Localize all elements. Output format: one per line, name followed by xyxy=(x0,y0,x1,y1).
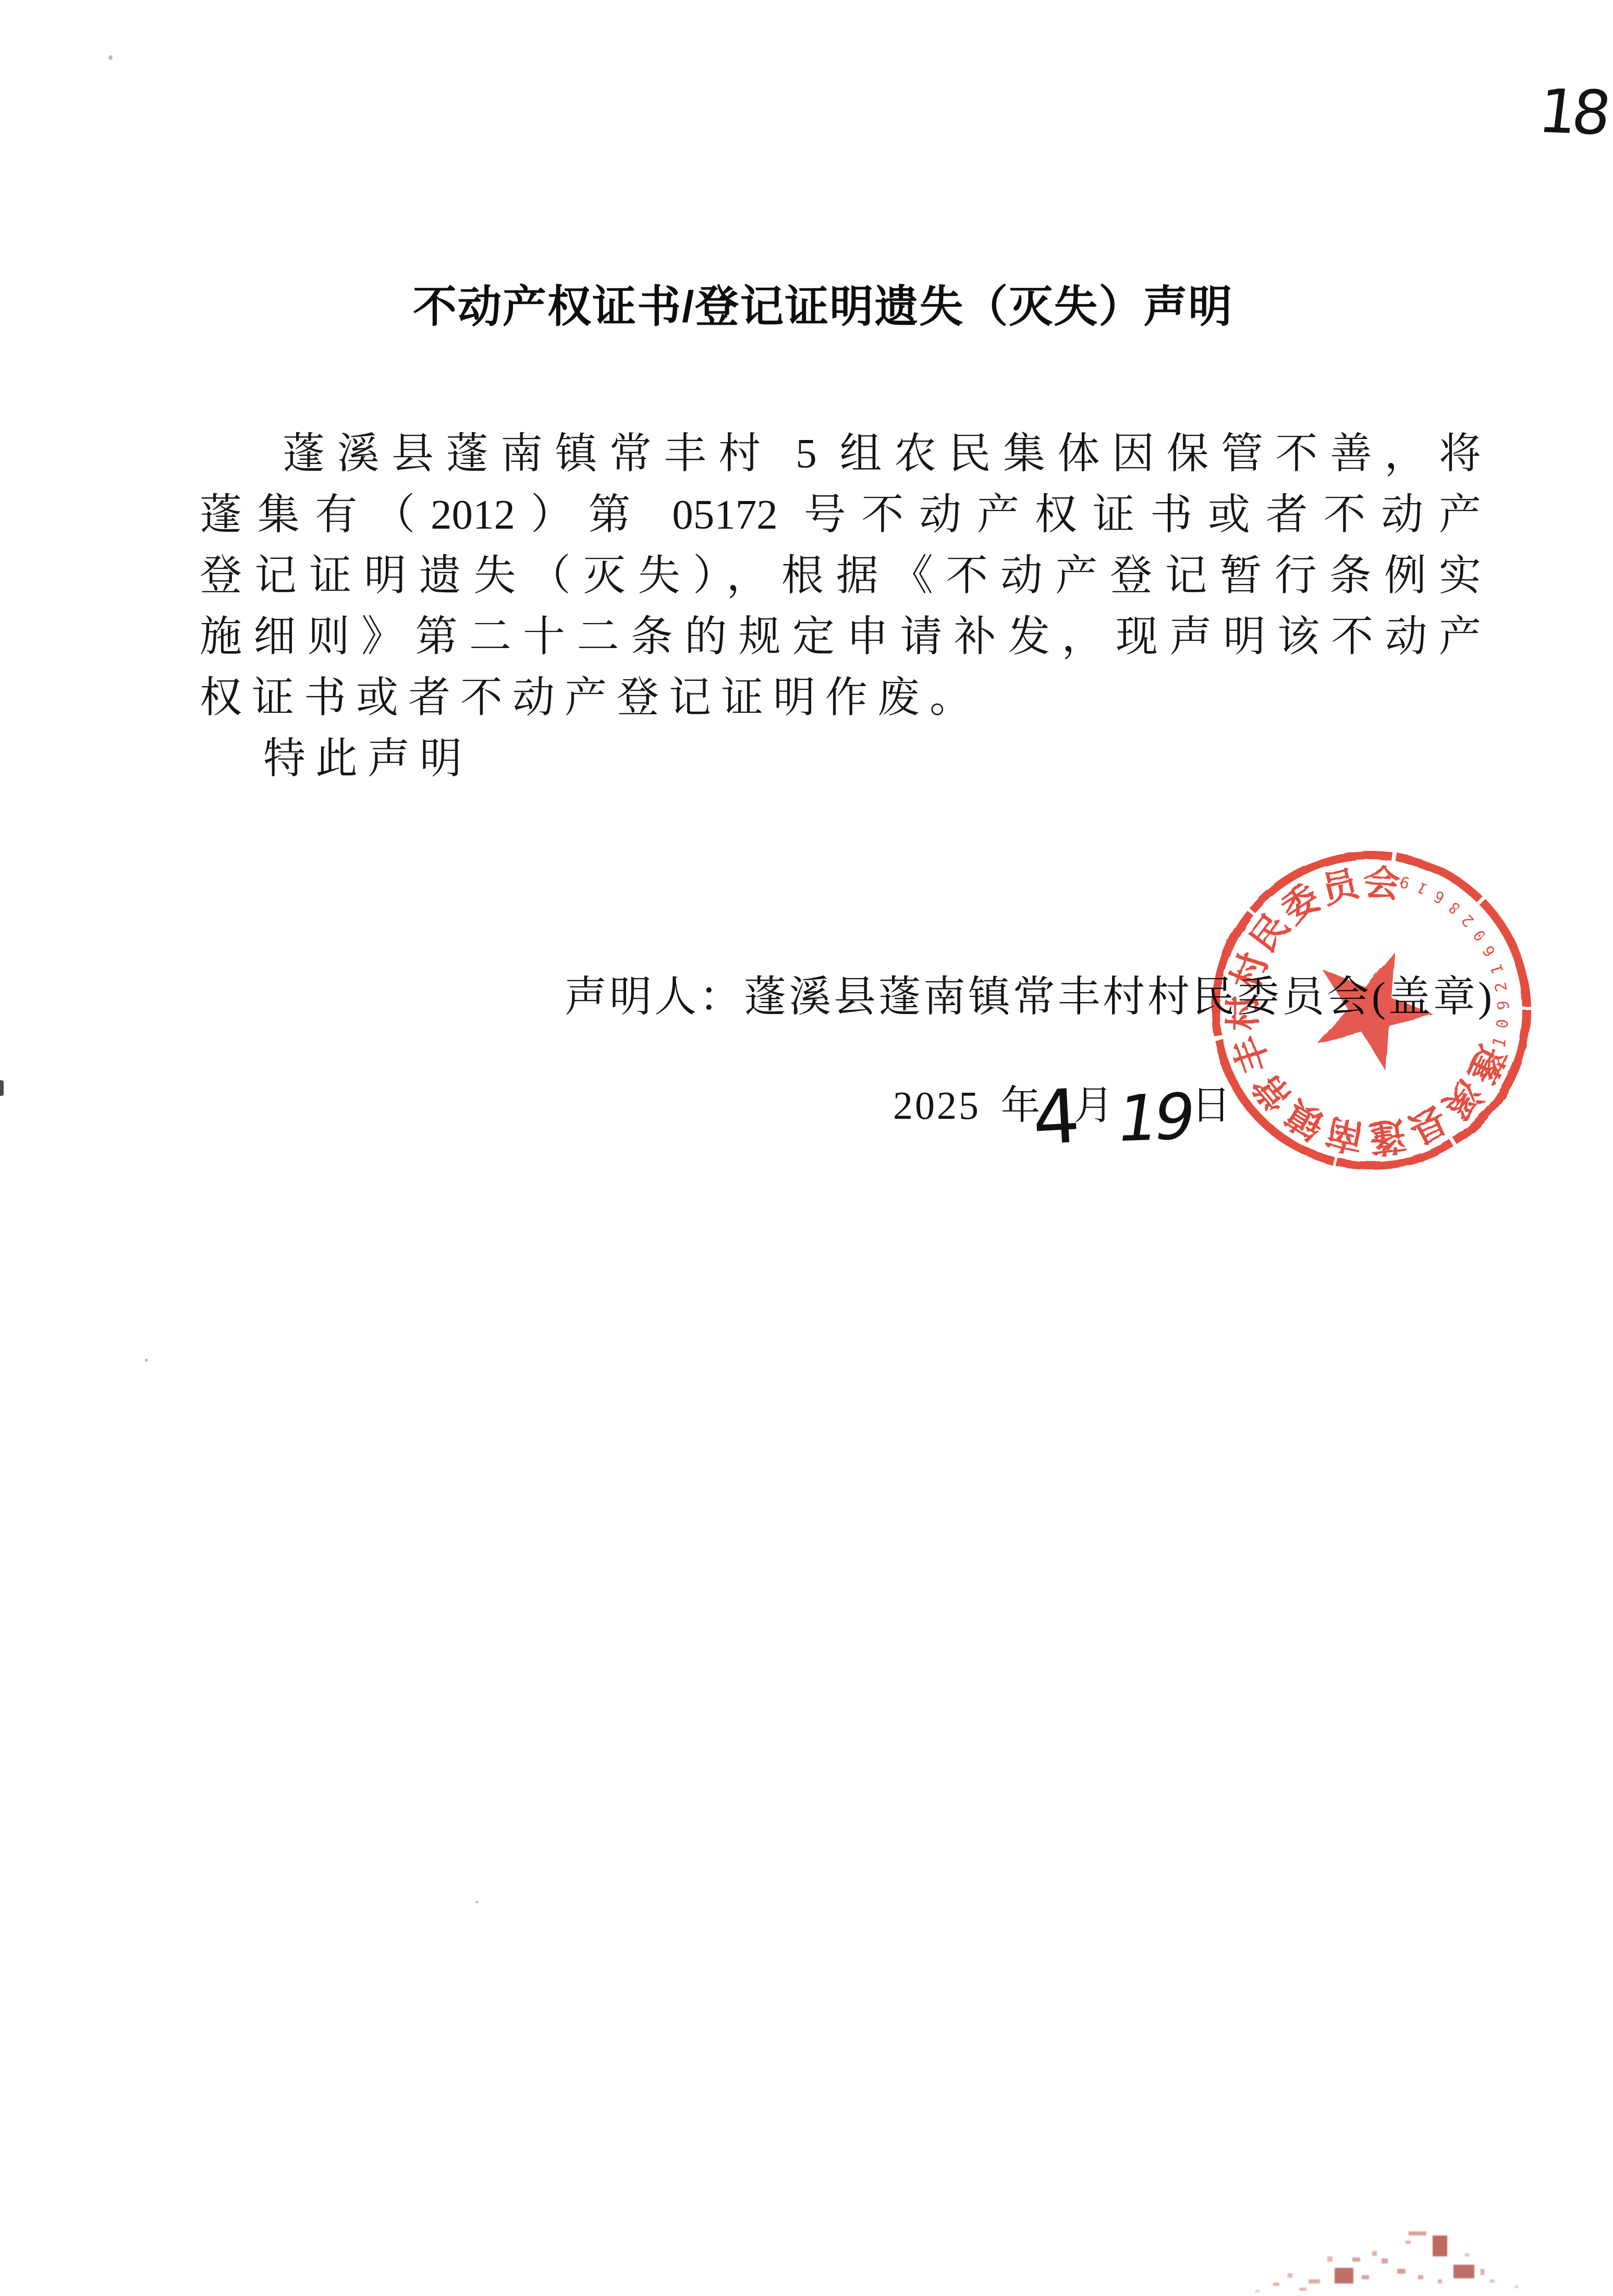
body-line-1: 蓬溪县蓬南镇常丰村 5 组农民集体因保管不善，将 xyxy=(200,423,1481,484)
svg-text:9: 9 xyxy=(1494,1000,1513,1010)
svg-text:员: 员 xyxy=(1317,863,1365,911)
official-seal-stamp: 蓬溪县蓬南镇常丰村村民委员会 5109216028619 xyxy=(1204,844,1538,1177)
handwritten-page-number: 18 xyxy=(1535,81,1609,144)
handwritten-month: 4 xyxy=(1032,1087,1082,1149)
svg-text:村: 村 xyxy=(1224,994,1265,1032)
svg-text:蓬: 蓬 xyxy=(1366,1114,1408,1158)
seal-code-digits: 5109216028619 xyxy=(1399,872,1513,1068)
body-line-3: 登记证明遗失（灭失），根据《不动产登记暂行条例实 xyxy=(200,545,1481,606)
svg-text:8: 8 xyxy=(1446,898,1464,918)
svg-text:2: 2 xyxy=(1492,980,1511,993)
body-line-4: 施细则》第二十二条的规定申请补发，现声明该不动产 xyxy=(200,606,1481,667)
svg-text:1: 1 xyxy=(1487,961,1507,976)
date-line: 2025 年4月19日 xyxy=(893,1082,1233,1147)
svg-text:6: 6 xyxy=(1431,887,1449,907)
svg-text:0: 0 xyxy=(1493,1018,1512,1030)
scan-speck xyxy=(108,55,113,60)
svg-text:2: 2 xyxy=(1459,911,1478,930)
svg-text:会: 会 xyxy=(1362,862,1402,906)
scan-speck xyxy=(145,1359,148,1362)
scanned-document-page: { "page": { "handwritten_number": "18" }… xyxy=(0,0,1613,2296)
date-year: 2025 xyxy=(893,1084,981,1128)
body-paragraph: 蓬溪县蓬南镇常丰村 5 组农民集体因保管不善，将 蓬集有（2012）第 0517… xyxy=(200,423,1481,789)
stamp-residue xyxy=(1225,2206,1548,2296)
document-title: 不动产权证书/登记证明遗失（灭失）声明 xyxy=(413,280,1233,333)
svg-text:南: 南 xyxy=(1323,1111,1367,1158)
body-line-5: 权证书或者不动产登记证明作废。 xyxy=(200,667,1481,728)
svg-text:1: 1 xyxy=(1415,878,1431,899)
svg-text:0: 0 xyxy=(1470,926,1490,945)
body-line-2: 蓬集有（2012）第 05172 号不动产权证书或者不动产 xyxy=(200,484,1481,545)
svg-text:6: 6 xyxy=(1480,943,1500,960)
scan-edge-artifact xyxy=(0,1080,4,1096)
handwritten-day: 19 xyxy=(1114,1092,1194,1145)
star-icon xyxy=(1317,952,1434,1072)
scan-speck xyxy=(475,1901,478,1903)
body-line-6: 特此声明 xyxy=(200,728,1481,789)
